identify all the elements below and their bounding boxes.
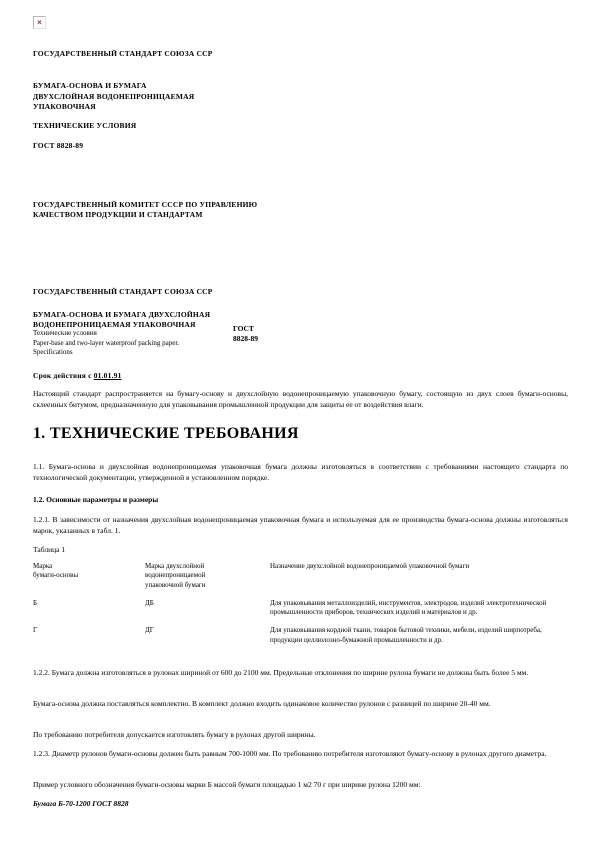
table-row-b-two-layer-mark: ДБ: [145, 599, 270, 618]
spec-conditions-label: ТЕХНИЧЕСКИЕ УСЛОВИЯ: [33, 121, 136, 132]
broken-image-icon: ×: [33, 16, 46, 29]
title-block-english: Paper-base and two-layer waterproof pack…: [33, 339, 238, 358]
paragraph-1-2-heading: 1.2. Основные параметры и размеры: [33, 494, 568, 505]
table-row-b-purpose: Для упаковывания металлоизделий, инструм…: [270, 599, 568, 618]
table-row-g-purpose: Для упаковывания кордной ткани, товаров …: [270, 626, 568, 645]
table-row-g-base-mark: Г: [33, 626, 145, 645]
gost-code-box: ГОСТ 8828-89: [233, 324, 258, 344]
document-page: × ГОСУДАРСТВЕННЫЙ СТАНДАРТ СОЮЗА ССР БУМ…: [0, 0, 595, 842]
validity-date: 01.01.91: [94, 371, 122, 380]
table-header-base-mark: Марка бумаги-основы: [33, 562, 145, 590]
table-row-b-base-mark: Б: [33, 599, 145, 618]
gost-number: ГОСТ 8828-89: [33, 141, 83, 152]
paragraph-example: Пример условного обозначения бумаги-осно…: [33, 779, 568, 790]
table-header-purpose: Назначение двухслойной водонепроницаемой…: [270, 562, 568, 590]
document-title: БУМАГА-ОСНОВА И БУМАГА ДВУХСЛОЙНАЯ ВОДОН…: [33, 81, 194, 113]
paragraph-complect: Бумага-основа должна поставляться компле…: [33, 698, 568, 709]
section-1-heading: 1. ТЕХНИЧЕСКИЕ ТРЕБОВАНИЯ: [33, 425, 299, 443]
paragraph-1-1: 1.1. Бумага-основа и двухслойная водонеп…: [33, 461, 568, 483]
standard-union-label: ГОСУДАРСТВЕННЫЙ СТАНДАРТ СОЮЗА ССР: [33, 49, 213, 60]
paragraph-1-2-3: 1.2.3. Диаметр рулонов бумаги-основы дол…: [33, 748, 568, 759]
title-block-subtitle: Технические условия: [33, 329, 238, 339]
designation-example: Бумага Б-70-1200 ГОСТ 8828: [33, 799, 129, 808]
paragraph-1-2-2: 1.2.2. Бумага должна изготовляться в рул…: [33, 667, 568, 678]
standard-union-label-repeat: ГОСУДАРСТВЕННЫЙ СТАНДАРТ СОЮЗА ССР: [33, 287, 213, 298]
table-header-two-layer-mark: Марка двухслойной водонепроницаемой упак…: [145, 562, 270, 590]
paragraph-1-2-1: 1.2.1. В зависимости от назначения двухс…: [33, 514, 568, 536]
table-1-caption: Таблица 1: [33, 544, 568, 555]
title-block-russian: БУМАГА-ОСНОВА И БУМАГА ДВУХСЛОЙНАЯ ВОДОН…: [33, 310, 238, 329]
table-1: Марка бумаги-основы Марка двухслойной во…: [33, 562, 568, 645]
table-row-g-two-layer-mark: ДГ: [145, 626, 270, 645]
validity-line: Срок действия с 01.01.91: [33, 371, 122, 382]
title-block: БУМАГА-ОСНОВА И БУМАГА ДВУХСЛОЙНАЯ ВОДОН…: [33, 310, 238, 358]
intro-paragraph: Настоящий стандарт распространяется на б…: [33, 388, 568, 410]
committee-label: ГОСУДАРСТВЕННЫЙ КОМИТЕТ СССР ПО УПРАВЛЕН…: [33, 200, 257, 219]
validity-label: Срок действия с: [33, 371, 94, 380]
paragraph-demand: По требованию потребителя допускается из…: [33, 729, 568, 740]
